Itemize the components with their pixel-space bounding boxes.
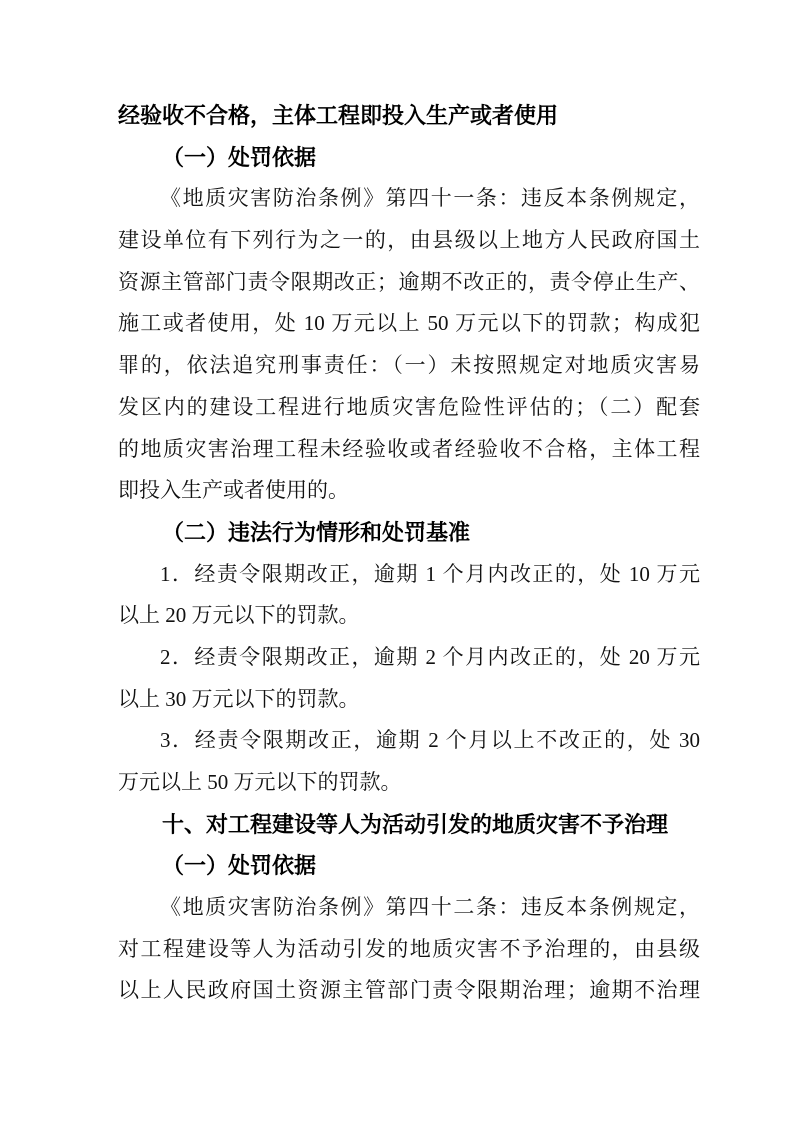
paragraph-line: 《地质灾害防治条例》第四十一条：违反本条例规定， <box>118 178 700 220</box>
paragraph-line: 资源主管部门责令限期改正；逾期不改正的，责令停止生产、 <box>118 262 700 304</box>
document-page: 经验收不合格，主体工程即投入生产或者使用 （一）处罚依据 《地质灾害防治条例》第… <box>0 0 793 1122</box>
subsection-heading: （一）处罚依据 <box>118 137 700 179</box>
paragraph-line: 发区内的建设工程进行地质灾害危险性评估的；（二）配套 <box>118 387 700 429</box>
list-item-line: 以上 30 万元以下的罚款。 <box>118 679 700 721</box>
list-item-line: 3．经责令限期改正，逾期 2 个月以上不改正的，处 30 <box>118 720 700 762</box>
document-text-column: 经验收不合格，主体工程即投入生产或者使用 （一）处罚依据 《地质灾害防治条例》第… <box>118 95 700 1012</box>
subsection-heading: （一）处罚依据 <box>118 845 700 887</box>
paragraph-line: 的地质灾害治理工程未经验收或者经验收不合格，主体工程 <box>118 429 700 471</box>
list-item-line: 以上 20 万元以下的罚款。 <box>118 595 700 637</box>
paragraph-line: 罪的，依法追究刑事责任：（一）未按照规定对地质灾害易 <box>118 345 700 387</box>
paragraph-line: 以上人民政府国土资源主管部门责令限期治理；逾期不治理 <box>118 970 700 1012</box>
subsection-heading: （二）违法行为情形和处罚基准 <box>118 512 700 554</box>
list-item-line: 1．经责令限期改正，逾期 1 个月内改正的，处 10 万元 <box>118 554 700 596</box>
list-item-line: 万元以上 50 万元以下的罚款。 <box>118 762 700 804</box>
section-heading: 十、对工程建设等人为活动引发的地质灾害不予治理 <box>118 804 700 846</box>
paragraph-line: 即投入生产或者使用的。 <box>118 470 700 512</box>
list-item-line: 2．经责令限期改正，逾期 2 个月内改正的，处 20 万元 <box>118 637 700 679</box>
paragraph-line: 建设单位有下列行为之一的，由县级以上地方人民政府国土 <box>118 220 700 262</box>
paragraph-line: 施工或者使用，处 10 万元以上 50 万元以下的罚款；构成犯 <box>118 303 700 345</box>
section-heading-continuation: 经验收不合格，主体工程即投入生产或者使用 <box>118 95 700 137</box>
paragraph-line: 《地质灾害防治条例》第四十二条：违反本条例规定， <box>118 887 700 929</box>
paragraph-line: 对工程建设等人为活动引发的地质灾害不予治理的，由县级 <box>118 929 700 971</box>
